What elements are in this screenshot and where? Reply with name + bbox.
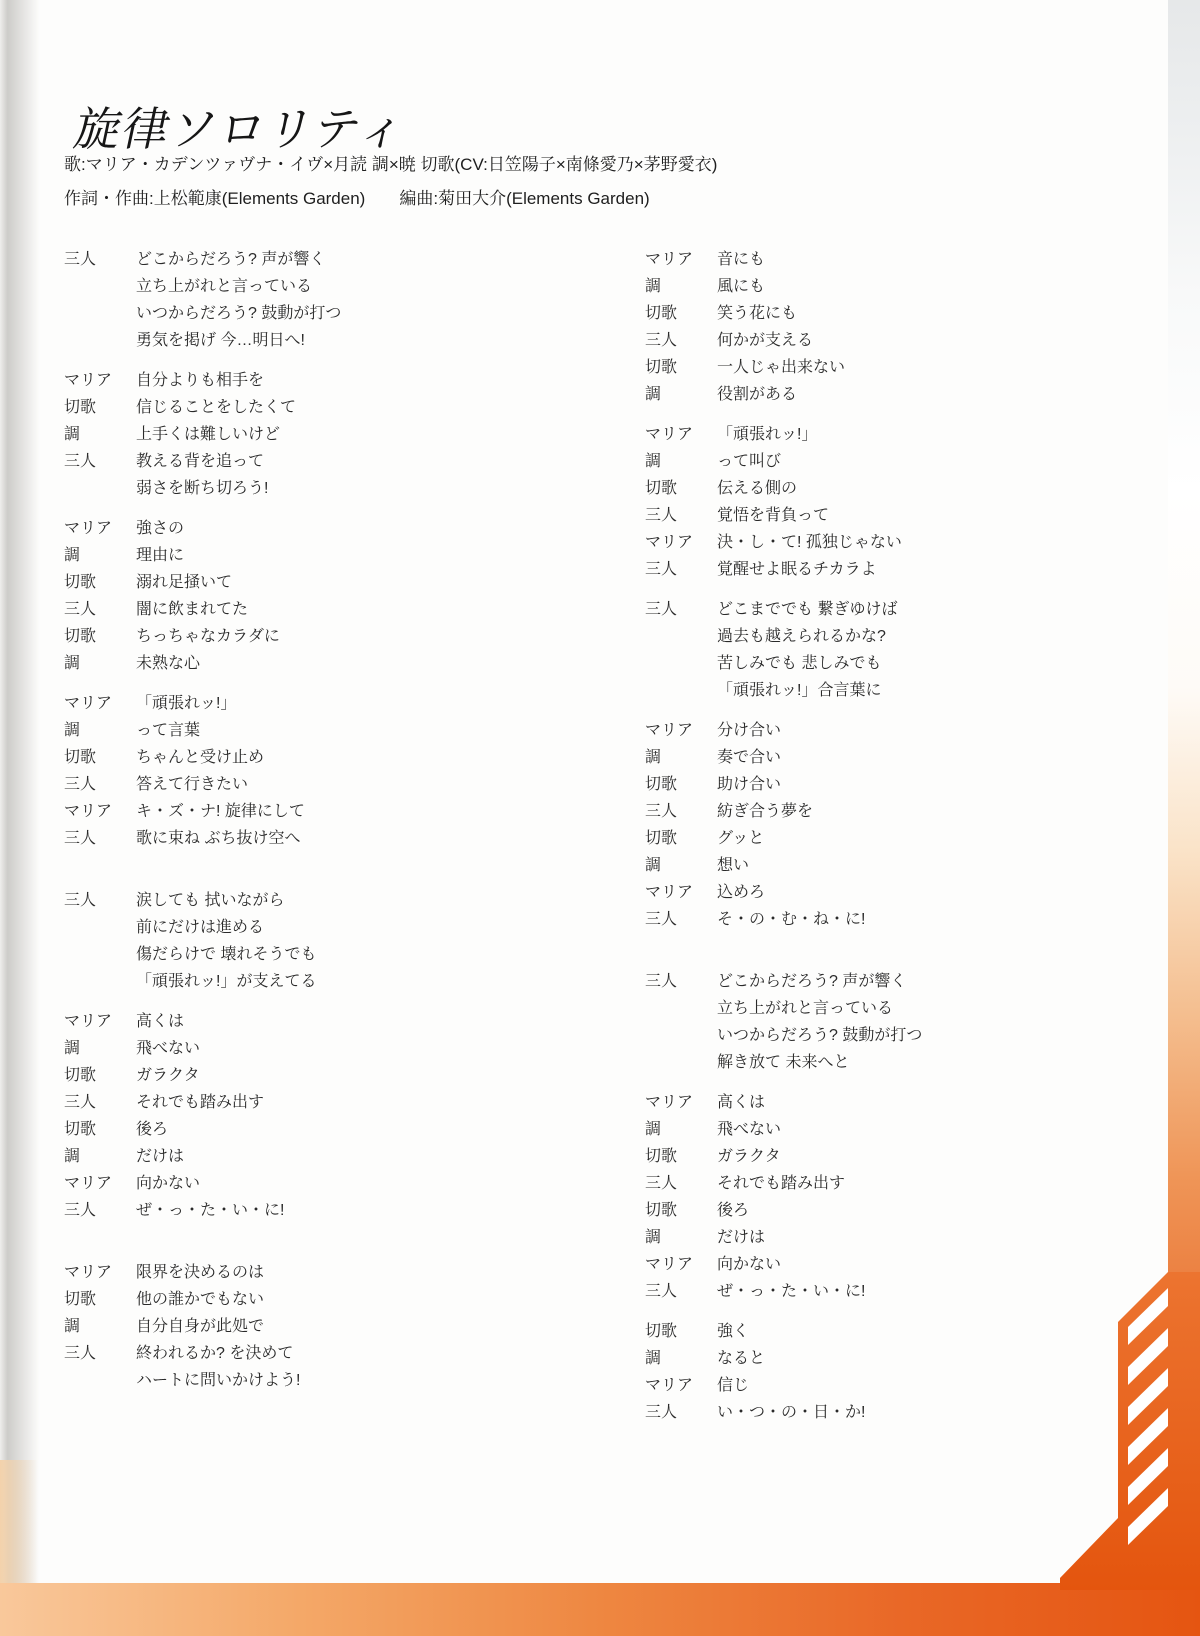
arrangement-credit: 編曲:菊田大介(Elements Garden) xyxy=(399,189,649,208)
lyric-row: 解き放て 未来へと xyxy=(645,1049,1165,1076)
speaker-label: 三人 xyxy=(64,246,136,273)
lyric-text: 自分自身が此処で xyxy=(136,1313,604,1340)
lyric-row: 苦しみでも 悲しみでも xyxy=(645,650,1165,677)
lyric-row: 切歌溺れ足掻いて xyxy=(64,569,604,596)
lyric-row: 調役割がある xyxy=(645,381,1165,408)
diagonal-stripes-decoration xyxy=(1040,1260,1200,1590)
speaker-label: 三人 xyxy=(645,596,717,623)
lyric-text: 過去も越えられるかな? xyxy=(717,623,1165,650)
lyric-row: マリア強さの xyxy=(64,515,604,542)
lyric-text: だけは xyxy=(136,1143,604,1170)
speaker-label: 切歌 xyxy=(645,475,717,502)
lyric-text: 信じることをしたくて xyxy=(136,394,604,421)
lyric-text: どこまででも 繋ぎゆけば xyxy=(717,596,1165,623)
lyric-text: 前にだけは進める xyxy=(136,914,604,941)
lyric-text: 「頑張れッ!」 xyxy=(136,690,604,717)
lyric-text: 苦しみでも 悲しみでも xyxy=(717,650,1165,677)
speaker-label xyxy=(64,327,136,354)
lyric-row: 切歌他の誰かでもない xyxy=(64,1286,604,1313)
speaker-label xyxy=(64,941,136,968)
lyric-text: それでも踏み出す xyxy=(136,1089,604,1116)
lyric-row: 三人覚醒せよ眠るチカラよ xyxy=(645,556,1165,583)
lyric-text: 弱さを断ち切ろう! xyxy=(136,475,604,502)
lyric-text: 他の誰かでもない xyxy=(136,1286,604,1313)
lyric-row: 三人どこまででも 繋ぎゆけば xyxy=(645,596,1165,623)
lyric-text: 高くは xyxy=(717,1089,1165,1116)
lyric-row: 弱さを断ち切ろう! xyxy=(64,475,604,502)
speaker-label: 三人 xyxy=(645,1278,717,1305)
lyric-text: どこからだろう? 声が響く xyxy=(136,246,604,273)
speaker-label: 調 xyxy=(645,381,717,408)
lyric-text: 込めろ xyxy=(717,879,1165,906)
lyric-text: 傷だらけで 壊れそうでも xyxy=(136,941,604,968)
orange-bottom-band xyxy=(0,1583,1200,1636)
lyric-text: 後ろ xyxy=(717,1197,1165,1224)
lyric-row: 三人終われるか? を決めて xyxy=(64,1340,604,1367)
lyric-row: 調理由に xyxy=(64,542,604,569)
speaker-label: 切歌 xyxy=(64,1116,136,1143)
lyric-text: 強さの xyxy=(136,515,604,542)
lyric-row: マリア高くは xyxy=(64,1008,604,1035)
lyric-text: 音にも xyxy=(717,246,1165,273)
lyric-text: グッと xyxy=(717,825,1165,852)
speaker-label: マリア xyxy=(645,879,717,906)
lyric-text: 終われるか? を決めて xyxy=(136,1340,604,1367)
lyric-text: 自分よりも相手を xyxy=(136,367,604,394)
lyric-text: そ・の・む・ね・に! xyxy=(717,906,1165,933)
speaker-label: 調 xyxy=(64,542,136,569)
speaker-label xyxy=(645,1022,717,1049)
lyric-text: それでも踏み出す xyxy=(717,1170,1165,1197)
lyric-row: 調未熟な心 xyxy=(64,650,604,677)
lyric-row: 前にだけは進める xyxy=(64,914,604,941)
speaker-label: 三人 xyxy=(645,1170,717,1197)
speaker-label: 三人 xyxy=(645,327,717,354)
vocal-credit: 歌:マリア・カデンツァヴナ・イヴ×月読 調×暁 切歌(CV:日笠陽子×南條愛乃×… xyxy=(64,148,1124,182)
speaker-label: 調 xyxy=(64,1143,136,1170)
lyric-text: 立ち上がれと言っている xyxy=(717,995,1165,1022)
lyric-text: 闇に飲まれてた xyxy=(136,596,604,623)
speaker-label xyxy=(645,623,717,650)
speaker-label: 調 xyxy=(645,852,717,879)
speaker-label: 調 xyxy=(645,1345,717,1372)
stanza: マリア音にも調風にも切歌笑う花にも三人何かが支える切歌一人じゃ出来ない調役割があ… xyxy=(645,246,1165,408)
lyric-row: 調だけは xyxy=(645,1224,1165,1251)
lyric-row: 勇気を掲げ 今…明日へ! xyxy=(64,327,604,354)
speaker-label: 三人 xyxy=(645,502,717,529)
lyric-text: 限界を決めるのは xyxy=(136,1259,604,1286)
lyric-text: いつからだろう? 鼓動が打つ xyxy=(717,1022,1165,1049)
speaker-label: マリア xyxy=(64,690,136,717)
lyric-row: 切歌後ろ xyxy=(64,1116,604,1143)
speaker-label: 三人 xyxy=(645,556,717,583)
songwriting-credit: 作詞・作曲:上松範康(Elements Garden) xyxy=(64,189,365,208)
lyric-row: 調飛べない xyxy=(645,1116,1165,1143)
lyric-text: って叫び xyxy=(717,448,1165,475)
speaker-label: 調 xyxy=(64,650,136,677)
speaker-label xyxy=(64,475,136,502)
lyric-row: 立ち上がれと言っている xyxy=(64,273,604,300)
lyric-row: 傷だらけで 壊れそうでも xyxy=(64,941,604,968)
speaker-label: 切歌 xyxy=(645,1197,717,1224)
lyric-text: 飛べない xyxy=(136,1035,604,1062)
stanza: 三人どこからだろう? 声が響く立ち上がれと言っているいつからだろう? 鼓動が打つ… xyxy=(64,246,604,354)
lyric-text: 決・し・て! 孤独じゃない xyxy=(717,529,1165,556)
stanza: 三人どこからだろう? 声が響く立ち上がれと言っているいつからだろう? 鼓動が打つ… xyxy=(645,968,1165,1076)
speaker-label: 三人 xyxy=(64,825,136,852)
lyric-text: 溺れ足掻いて xyxy=(136,569,604,596)
lyric-row: いつからだろう? 鼓動が打つ xyxy=(64,300,604,327)
lyric-text: 風にも xyxy=(717,273,1165,300)
speaker-label: 切歌 xyxy=(645,1143,717,1170)
lyric-row: 三人涙しても 拭いながら xyxy=(64,887,604,914)
lyric-row: マリア決・し・て! 孤独じゃない xyxy=(645,529,1165,556)
lyric-text: いつからだろう? 鼓動が打つ xyxy=(136,300,604,327)
speaker-label: 三人 xyxy=(645,798,717,825)
speaker-label: 切歌 xyxy=(64,744,136,771)
stanza: マリア限界を決めるのは切歌他の誰かでもない調自分自身が此処で三人終われるか? を… xyxy=(64,1259,604,1394)
lyric-row: 切歌信じることをしたくて xyxy=(64,394,604,421)
lyric-row: マリア自分よりも相手を xyxy=(64,367,604,394)
speaker-label: 切歌 xyxy=(64,394,136,421)
speaker-label xyxy=(64,968,136,995)
lyric-text: ガラクタ xyxy=(136,1062,604,1089)
speaker-label: マリア xyxy=(645,529,717,556)
lyric-row: 調自分自身が此処で xyxy=(64,1313,604,1340)
speaker-label xyxy=(64,1367,136,1394)
speaker-label: マリア xyxy=(645,421,717,448)
lyric-text: 向かない xyxy=(136,1170,604,1197)
lyric-text: 勇気を掲げ 今…明日へ! xyxy=(136,327,604,354)
lyric-row: マリア「頑張れッ!」 xyxy=(64,690,604,717)
lyric-text: 「頑張れッ!」 xyxy=(717,421,1165,448)
lyric-row: マリア込めろ xyxy=(645,879,1165,906)
lyric-text: 答えて行きたい xyxy=(136,771,604,798)
speaker-label: 調 xyxy=(64,717,136,744)
lyric-text: 紡ぎ合う夢を xyxy=(717,798,1165,825)
lyric-row: 三人それでも踏み出す xyxy=(64,1089,604,1116)
speaker-label: 調 xyxy=(645,448,717,475)
lyric-row: 切歌ちっちゃなカラダに xyxy=(64,623,604,650)
lyric-row: 三人教える背を追って xyxy=(64,448,604,475)
lyric-text: 何かが支える xyxy=(717,327,1165,354)
speaker-label xyxy=(64,914,136,941)
speaker-label: 切歌 xyxy=(645,771,717,798)
lyric-row: 切歌後ろ xyxy=(645,1197,1165,1224)
lyric-row: 調だけは xyxy=(64,1143,604,1170)
speaker-label: 三人 xyxy=(64,887,136,914)
speaker-label: 三人 xyxy=(64,1197,136,1224)
lyric-text: ハートに問いかけよう! xyxy=(136,1367,604,1394)
lyric-text: 解き放て 未来へと xyxy=(717,1049,1165,1076)
lyric-row: 切歌グッと xyxy=(645,825,1165,852)
lyric-row: 切歌伝える側の xyxy=(645,475,1165,502)
lyric-text: 覚悟を背負って xyxy=(717,502,1165,529)
speaker-label xyxy=(64,273,136,300)
lyric-row: 調想い xyxy=(645,852,1165,879)
lyric-booklet-page: 旋律ソロリティ 歌:マリア・カデンツァヴナ・イヴ×月読 調×暁 切歌(CV:日笠… xyxy=(0,0,1200,1636)
speaker-label: 切歌 xyxy=(64,1062,136,1089)
lyric-row: 調飛べない xyxy=(64,1035,604,1062)
lyric-text: 「頑張れッ!」合言葉に xyxy=(717,677,1165,704)
lyric-row: 過去も越えられるかな? xyxy=(645,623,1165,650)
lyric-text: 「頑張れッ!」が支えてる xyxy=(136,968,604,995)
speaker-label: 調 xyxy=(645,744,717,771)
lyric-text: 未熟な心 xyxy=(136,650,604,677)
speaker-label: マリア xyxy=(64,798,136,825)
speaker-label: 切歌 xyxy=(64,569,136,596)
lyric-text: ちっちゃなカラダに xyxy=(136,623,604,650)
lyric-text: 分け合い xyxy=(717,717,1165,744)
lyric-row: ハートに問いかけよう! xyxy=(64,1367,604,1394)
lyric-text: 教える背を追って xyxy=(136,448,604,475)
speaker-label: マリア xyxy=(645,1372,717,1399)
stanza: マリア自分よりも相手を切歌信じることをしたくて調上手くは難しいけど三人教える背を… xyxy=(64,367,604,502)
speaker-label: マリア xyxy=(645,1089,717,1116)
stanza: 三人涙しても 拭いながら前にだけは進める傷だらけで 壊れそうでも「頑張れッ!」が… xyxy=(64,887,604,995)
stanza: マリア「頑張れッ!」調って叫び切歌伝える側の三人覚悟を背負ってマリア決・し・て!… xyxy=(645,421,1165,583)
lyric-text: 一人じゃ出来ない xyxy=(717,354,1165,381)
lyric-row: マリア限界を決めるのは xyxy=(64,1259,604,1286)
lyric-row: 三人紡ぎ合う夢を xyxy=(645,798,1165,825)
speaker-label: 調 xyxy=(645,1224,717,1251)
lyric-row: マリア向かない xyxy=(64,1170,604,1197)
lyric-text: どこからだろう? 声が響く xyxy=(717,968,1165,995)
lyric-text: 笑う花にも xyxy=(717,300,1165,327)
lyric-row: いつからだろう? 鼓動が打つ xyxy=(645,1022,1165,1049)
lyric-text: って言葉 xyxy=(136,717,604,744)
lyric-row: 「頑張れッ!」が支えてる xyxy=(64,968,604,995)
stanza: マリア分け合い調奏で合い切歌助け合い三人紡ぎ合う夢を切歌グッと調想いマリア込めろ… xyxy=(645,717,1165,933)
lyric-row: 三人どこからだろう? 声が響く xyxy=(64,246,604,273)
speaker-label: 調 xyxy=(64,421,136,448)
speaker-label xyxy=(645,650,717,677)
lyric-row: 三人そ・の・む・ね・に! xyxy=(645,906,1165,933)
lyric-row: 立ち上がれと言っている xyxy=(645,995,1165,1022)
lyric-row: 三人どこからだろう? 声が響く xyxy=(645,968,1165,995)
lyric-text: だけは xyxy=(717,1224,1165,1251)
lyric-row: 切歌ちゃんと受け止め xyxy=(64,744,604,771)
speaker-label: 三人 xyxy=(64,771,136,798)
lyric-row: 三人闇に飲まれてた xyxy=(64,596,604,623)
lyric-text: ちゃんと受け止め xyxy=(136,744,604,771)
speaker-label: 調 xyxy=(645,273,717,300)
speaker-label: 切歌 xyxy=(64,1286,136,1313)
speaker-label: 切歌 xyxy=(645,825,717,852)
lyric-text: 奏で合い xyxy=(717,744,1165,771)
speaker-label: 三人 xyxy=(64,448,136,475)
lyric-row: マリア高くは xyxy=(645,1089,1165,1116)
lyric-text: キ・ズ・ナ! 旋律にして xyxy=(136,798,604,825)
lyric-row: マリア「頑張れッ!」 xyxy=(645,421,1165,448)
stanza: マリア高くは調飛べない切歌ガラクタ三人それでも踏み出す切歌後ろ調だけはマリア向か… xyxy=(64,1008,604,1224)
lyric-text: 立ち上がれと言っている xyxy=(136,273,604,300)
speaker-label: マリア xyxy=(64,1259,136,1286)
lyric-text: ぜ・っ・た・い・に! xyxy=(136,1197,604,1224)
lyric-row: 切歌笑う花にも xyxy=(645,300,1165,327)
stanza: マリア「頑張れッ!」調って言葉切歌ちゃんと受け止め三人答えて行きたいマリアキ・ズ… xyxy=(64,690,604,852)
lyric-text: 役割がある xyxy=(717,381,1165,408)
speaker-label: 調 xyxy=(64,1035,136,1062)
lyric-row: 三人ぜ・っ・た・い・に! xyxy=(64,1197,604,1224)
lyric-row: 三人覚悟を背負って xyxy=(645,502,1165,529)
lyric-text: 理由に xyxy=(136,542,604,569)
speaker-label: 三人 xyxy=(64,1340,136,1367)
lyric-text: 高くは xyxy=(136,1008,604,1035)
lyric-text: 助け合い xyxy=(717,771,1165,798)
lyric-row: 切歌ガラクタ xyxy=(64,1062,604,1089)
speaker-label xyxy=(645,1049,717,1076)
lyric-row: 調って叫び xyxy=(645,448,1165,475)
lyric-text: 伝える側の xyxy=(717,475,1165,502)
credits-block: 歌:マリア・カデンツァヴナ・イヴ×月読 調×暁 切歌(CV:日笠陽子×南條愛乃×… xyxy=(64,148,1124,216)
speaker-label: マリア xyxy=(64,515,136,542)
speaker-label xyxy=(64,300,136,327)
lyric-text: 歌に束ね ぶち抜け空へ xyxy=(136,825,604,852)
speaker-label: マリア xyxy=(64,1008,136,1035)
speaker-label: 三人 xyxy=(645,1399,717,1426)
lyric-row: 調って言葉 xyxy=(64,717,604,744)
lyric-row: 三人それでも踏み出す xyxy=(645,1170,1165,1197)
lyric-text: 飛べない xyxy=(717,1116,1165,1143)
lyric-row: マリア分け合い xyxy=(645,717,1165,744)
speaker-label: 切歌 xyxy=(645,300,717,327)
speaker-label xyxy=(645,677,717,704)
speaker-label: 三人 xyxy=(645,906,717,933)
stanza: マリア強さの調理由に切歌溺れ足掻いて三人闇に飲まれてた切歌ちっちゃなカラダに調未… xyxy=(64,515,604,677)
speaker-label: 三人 xyxy=(64,596,136,623)
speaker-label xyxy=(645,995,717,1022)
lyric-row: 三人歌に束ね ぶち抜け空へ xyxy=(64,825,604,852)
speaker-label: 三人 xyxy=(64,1089,136,1116)
speaker-label: マリア xyxy=(645,717,717,744)
lyric-row: 三人何かが支える xyxy=(645,327,1165,354)
lyric-row: 調奏で合い xyxy=(645,744,1165,771)
lyrics-column-left: 三人どこからだろう? 声が響く立ち上がれと言っているいつからだろう? 鼓動が打つ… xyxy=(64,246,604,1407)
lyric-row: 調上手くは難しいけど xyxy=(64,421,604,448)
speaker-label: マリア xyxy=(645,1251,717,1278)
speaker-label: マリア xyxy=(64,1170,136,1197)
speaker-label: 切歌 xyxy=(645,1318,717,1345)
lyric-row: 切歌ガラクタ xyxy=(645,1143,1165,1170)
speaker-label: 調 xyxy=(64,1313,136,1340)
staff-credit: 作詞・作曲:上松範康(Elements Garden)編曲:菊田大介(Eleme… xyxy=(64,182,1124,216)
lyric-text: ガラクタ xyxy=(717,1143,1165,1170)
page-gutter-shadow xyxy=(0,0,42,1636)
speaker-label: 切歌 xyxy=(645,354,717,381)
lyric-text: 想い xyxy=(717,852,1165,879)
stanza: 三人どこまででも 繋ぎゆけば過去も越えられるかな?苦しみでも 悲しみでも「頑張れ… xyxy=(645,596,1165,704)
lyric-row: マリアキ・ズ・ナ! 旋律にして xyxy=(64,798,604,825)
speaker-label: マリア xyxy=(645,246,717,273)
page-gutter-warm-reflection xyxy=(0,1460,42,1586)
lyric-row: 切歌助け合い xyxy=(645,771,1165,798)
speaker-label: マリア xyxy=(64,367,136,394)
speaker-label: 切歌 xyxy=(64,623,136,650)
lyric-row: 調風にも xyxy=(645,273,1165,300)
lyric-row: 「頑張れッ!」合言葉に xyxy=(645,677,1165,704)
lyric-text: 後ろ xyxy=(136,1116,604,1143)
lyric-row: 三人答えて行きたい xyxy=(64,771,604,798)
lyric-row: マリア音にも xyxy=(645,246,1165,273)
lyric-row: 切歌一人じゃ出来ない xyxy=(645,354,1165,381)
lyric-text: 上手くは難しいけど xyxy=(136,421,604,448)
lyric-text: 覚醒せよ眠るチカラよ xyxy=(717,556,1165,583)
lyric-text: 涙しても 拭いながら xyxy=(136,887,604,914)
speaker-label: 三人 xyxy=(645,968,717,995)
speaker-label: 調 xyxy=(645,1116,717,1143)
